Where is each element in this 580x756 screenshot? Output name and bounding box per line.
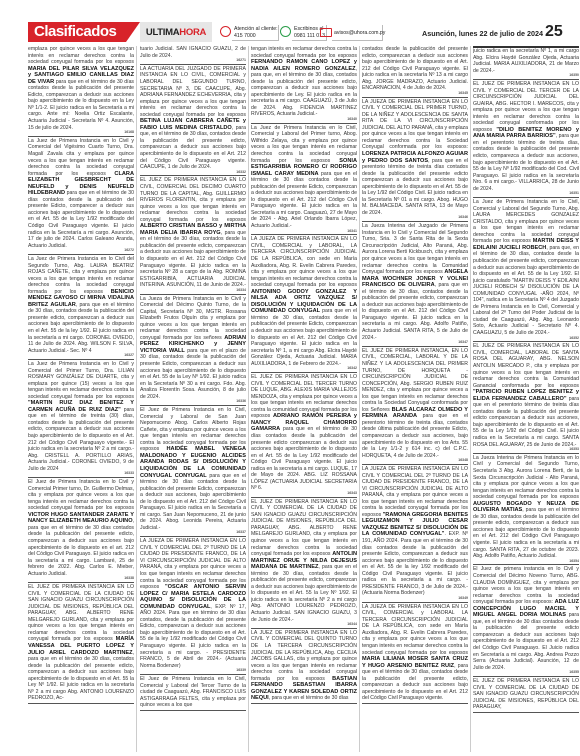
classified-ad: contados desde la publicación del presen… — [362, 46, 468, 98]
classified-ad: LA JUEZA DE PRIMERA INSTANCIA EN LO CIVI… — [140, 538, 246, 675]
column-divider — [136, 46, 137, 752]
ad-text: para que en el término de treinta (30) d… — [28, 407, 134, 472]
ad-text: , para que en el término de 30 días, con… — [28, 650, 134, 702]
ad-code: 16168 — [28, 131, 134, 135]
ad-code: 16344 — [251, 623, 357, 627]
section-title-wedge — [126, 22, 140, 42]
ad-text: , para que en el término de 30 días cont… — [28, 518, 134, 576]
classified-ad: La Jueza de Primera Instancia en lo Civi… — [140, 296, 246, 407]
contact-label: Atención al cliente: — [234, 26, 278, 32]
classified-ad: EL JUEZ DE PRIMERA INSTANCIA EN LO CIVIL… — [473, 678, 579, 713]
ad-code: 16345 — [362, 92, 468, 96]
ad-text: EL JUEZ DE PRIMERA INSTANCIA EN LO CIVIL… — [28, 584, 134, 642]
ad-code: 16354 — [473, 560, 579, 564]
ad-text: , para que en el término de 30 días, con… — [28, 302, 134, 354]
page-header: Clasificados ULTIMAHORA Atención al clie… — [28, 22, 580, 42]
classified-ad: LA JUEZA DE PRIMERA INSTANCIA EN LO CIVI… — [362, 99, 468, 223]
classified-ad: LA JUEZA DE PRIMERA INSTANCIA EN LO CIVI… — [251, 236, 357, 373]
classified-ad: EL JUEZ DE PRIMERA INSTANCIA EN LO CIVIL… — [473, 81, 579, 198]
ad-code: 16336 — [140, 400, 246, 404]
ad-code: 16271 — [140, 59, 246, 63]
ad-code: 16342 — [251, 367, 357, 371]
ad-text: LA JUEZA DE PRIMERA INSTANCIA EN LO CIVI… — [362, 604, 468, 656]
ad-code: 16349 — [362, 597, 468, 601]
ad-text: , para que, en el término de 30 días, co… — [473, 245, 579, 336]
ad-text: para que, en el término de 30 días conta… — [473, 612, 579, 670]
ad-code: 16347 — [362, 341, 468, 345]
ad-text: . EXP. Nº 191, AÑO 2024. Para que en el … — [362, 531, 468, 596]
classified-ad: tengan interés en reclamar derechos cont… — [251, 46, 357, 124]
ad-code: 16338 — [28, 577, 134, 581]
ad-code: 16350 — [473, 74, 579, 78]
ad-names: MARIA LILIANA MOSER SANTA CRUZ Y HUGO AR… — [362, 656, 468, 669]
classified-ad: El Juez de Primera Instancia en lo Civil… — [140, 676, 246, 711]
ad-text: , para que en el término de 30 días, con… — [140, 230, 246, 288]
column-divider — [470, 46, 471, 752]
ad-text: EL JUEZ DE PRIMERA INSTANCIA EN LO CIVIL… — [473, 678, 579, 710]
ad-text: para que en el perentorio término de tre… — [362, 413, 468, 458]
column-divider — [359, 46, 360, 752]
ad-names: FERNANDO RAMON CANO LOPEZ y NADIA AILEN … — [251, 59, 357, 72]
classified-ad: emplaza por quince veces a los que tenga… — [28, 46, 134, 137]
ad-names: VICTOR HUGO SANTANDER ZARATE Y NANCY ELI… — [28, 512, 134, 525]
ad-text: para que en el término de 30 días contad… — [251, 426, 357, 491]
ad-text: El Juez de Primera Instancia en lo Civil… — [28, 479, 134, 511]
ad-text: para que en el término de 30 días contad… — [28, 79, 134, 131]
classifieds-columns: emplaza por quince veces a los que tenga… — [28, 46, 580, 752]
classified-ad: La Juez de Primera Instancia en lo Civil… — [28, 138, 134, 255]
section-title: Clasificados — [28, 22, 126, 42]
column-3: tengan interés en reclamar derechos cont… — [251, 46, 357, 752]
ad-code: 16272 — [28, 249, 134, 253]
ad-text: para que en el plazo de 30 días, contado… — [140, 348, 246, 400]
classified-ad: El Juez de primera instancia en lo Civil… — [473, 566, 579, 677]
contact-email: avisos@uhora.com.py — [320, 25, 390, 41]
ad-text: LA JUEZA DE PRIMERA INSTANCIA EN LO CIVI… — [362, 99, 468, 151]
ad-text: EL JUEZ DE PRIMERA INSTANCIA EN LO CIVIL… — [473, 81, 579, 133]
logo-part-2: HORA — [179, 27, 206, 38]
column-divider — [248, 46, 249, 752]
ad-text: LA JUEZ DE PRIMERA INSTANCIA EN LO CIVIL… — [251, 630, 357, 682]
contact-label: Escribinos al — [294, 26, 323, 32]
classified-ad: La Juez de Primera Instancia en lo Civil… — [28, 256, 134, 360]
ad-text: contados desde la publicación del presen… — [362, 46, 468, 91]
classified-ad: EL JUEZ DE PRIMERA INSTANCIA EN LO CIVIL… — [251, 499, 357, 629]
ad-text: , EXP. Nº 17, AÑO 2024. Para que en térm… — [140, 604, 246, 669]
ad-code: 16337 — [140, 531, 246, 535]
ad-text: , para que en el término de 30 días, con… — [362, 663, 468, 702]
classified-ad: EL JUEZ DE PRIMERA INSTANCIA, EN LO CIVI… — [362, 348, 468, 465]
classified-ad: LA JUEZ DE PRIMERA INSTANCIA EN LO CIVIL… — [251, 630, 357, 704]
ad-text: tengan interés en reclamar derechos cont… — [251, 46, 357, 59]
ad-text: emplaza por quince veces a los que tenga… — [28, 46, 134, 65]
ad-code: 16340 — [251, 118, 357, 122]
column-5: juicio radica en la secretaría Nº 1, a m… — [473, 46, 579, 754]
classified-ad: EL JUEZ DE PRIMERA INSTANCIA EN LO CIVIL… — [140, 177, 246, 294]
ad-text: LA JUEZA DE PRIMERA INSTANCIA EN LO CIVI… — [251, 236, 357, 288]
ad-text: , para que, en el término de 30 días, co… — [251, 66, 357, 118]
classified-ad: tuario Judicial. SAN IGNACIO GUAZU, 2 de… — [140, 46, 246, 65]
classified-ad: EL JUEZ DE PRIMERA INSTANCIA EN LO CIVIL… — [251, 374, 357, 498]
ad-code: 16351 — [473, 192, 579, 196]
classified-ad: El Juez de Primera Instancia en lo Civil… — [28, 479, 134, 583]
ad-text: para que en el término de 30 días contad… — [251, 171, 357, 229]
whatsapp-icon — [280, 26, 291, 37]
ad-text: EL JUEZ DE PRIMERA INSTANCIA EN LO CIVIL… — [140, 177, 246, 222]
contact-value: avisos@uhora.com.py — [334, 30, 385, 37]
ad-names: "PATRICIO RUBEN LOPEZ BENITEZ y ELIDA FE… — [473, 389, 579, 402]
ad-names: "MARTIN RUIZ DIAZ BENITEZ Y CARMEN ACUÑA… — [28, 400, 134, 413]
newspaper-logo: ULTIMAHORA — [140, 22, 212, 42]
classified-ad: La Juez de Primera Instancia en lo Civil… — [473, 199, 579, 342]
issue-date: Asunción, lunes 22 de julio de 2024 — [422, 29, 543, 38]
ad-text: , para que en el perentorio término de t… — [362, 158, 468, 216]
ad-code: 16353 — [473, 448, 579, 452]
ad-text: La Juez de Primera Instancia en lo Civil… — [28, 361, 134, 400]
ad-text: La Jueza Interina de Primera Instancia e… — [473, 455, 579, 500]
ad-code: 16341 — [251, 230, 357, 234]
ad-text: tuario Judicial. SAN IGNACIO GUAZU, 2 de… — [140, 46, 246, 59]
ad-text: , para que en el término de 30 días — [269, 695, 349, 701]
ad-code: 16352 — [473, 337, 579, 341]
classified-ad: EL JUEZ DE PRIMERA INSTANCIA EN LO CIVIL… — [473, 343, 579, 454]
ad-names: BETINA LUJAN CABRERA CAÑETE y FABIO LUIS… — [140, 118, 246, 131]
phone-icon — [220, 26, 231, 37]
ad-text: LA ACTUARIA DEL JUZGADO DE PRIMERA INSTA… — [140, 66, 246, 118]
classified-ad: juicio radica en la secretaría Nº 1, a m… — [473, 48, 579, 80]
ad-text: EL JUEZ DE PRIMERA INSTANCIA EN LO CIVIL… — [473, 343, 579, 388]
ad-code: 16355 — [473, 671, 579, 675]
ad-text: LA JUEZA DE PRIMERA INSTANCIA EN LO CIVI… — [362, 466, 468, 518]
classified-ad: La Juez de Primera Instancia en lo Civil… — [28, 361, 134, 478]
ad-text: para que en el término de 30 días, conta… — [251, 308, 357, 366]
ad-code: 16348 — [362, 459, 468, 463]
classified-ad: EL JUEZ DE PRIMERA INSTANCIA EN LO CIVIL… — [28, 584, 134, 704]
classified-ad: La Jueza Interina de Primera Instancia e… — [473, 455, 579, 566]
ad-text: para que en el término de 30 días contad… — [140, 473, 246, 531]
ad-text: EL JUEZ DE PRIMERA INSTANCIA, EN LO CIVI… — [362, 348, 468, 413]
classified-ad: La Jueza Interina del Juzgado de Primera… — [362, 223, 468, 347]
mail-icon — [320, 28, 332, 37]
ad-text: , para que, en el término de 30 días, co… — [140, 125, 246, 170]
column-2: tuario Judicial. SAN IGNACIO GUAZU, 2 de… — [140, 46, 246, 752]
ad-code: 16327 — [28, 354, 134, 358]
ad-text: para que en el perentorio término de tre… — [473, 396, 579, 448]
ad-code: 16333 — [28, 472, 134, 476]
ad-text: , para que en el término de 30 días, con… — [362, 282, 468, 340]
ad-text: LA JUEZA DE PRIMERA INSTANCIA EN LO CIVI… — [140, 538, 246, 590]
ad-code: 16339 — [140, 669, 246, 673]
ad-text: EL JUEZ DE PRIMERA INSTANCIA EN LO CIVIL… — [251, 499, 357, 557]
classified-ad: La Juez de Primera Instancia en lo Civil… — [251, 125, 357, 236]
ad-text: , para que en el perentorio término de t… — [473, 133, 579, 191]
ad-text: juicio radica en la secretaría Nº 1, a m… — [473, 48, 579, 74]
ad-code: 16334 — [140, 289, 246, 293]
logo-part-1: ULTIMA — [146, 27, 179, 38]
column-4: contados desde la publicación del presen… — [362, 46, 468, 752]
ad-code: 16346 — [362, 216, 468, 220]
classified-ad: LA ACTUARIA DEL JUZGADO DE PRIMERA INSTA… — [140, 66, 246, 177]
page-number: 25 — [545, 23, 563, 41]
ad-text: El Juez de Primera Instancia en lo Civil… — [140, 676, 246, 708]
ad-text: , para que en el término de 30 días, con… — [473, 507, 579, 559]
ad-text: para que en el término de 30 días contad… — [28, 190, 134, 248]
classified-ad: LA JUEZA DE PRIMERA INSTANCIA EN LO CIVI… — [362, 466, 468, 603]
classified-ad: LA JUEZA DE PRIMERA INSTANCIA EN LO CIVI… — [362, 604, 468, 704]
ad-text: , para que en el término de 30 días, con… — [251, 564, 357, 622]
contact-value: 415 7000 — [234, 33, 256, 39]
contact-phone: Atención al cliente:415 7000 — [220, 25, 280, 41]
ad-code: 16343 — [251, 492, 357, 496]
column-1: emplaza por quince veces a los que tenga… — [28, 46, 134, 752]
classified-ad: El Juez de Primera Instancia en lo Civil… — [140, 407, 246, 537]
ad-code: 16332 — [140, 171, 246, 175]
ad-text: La Jueza Interina del Juzgado de Primera… — [362, 223, 468, 275]
